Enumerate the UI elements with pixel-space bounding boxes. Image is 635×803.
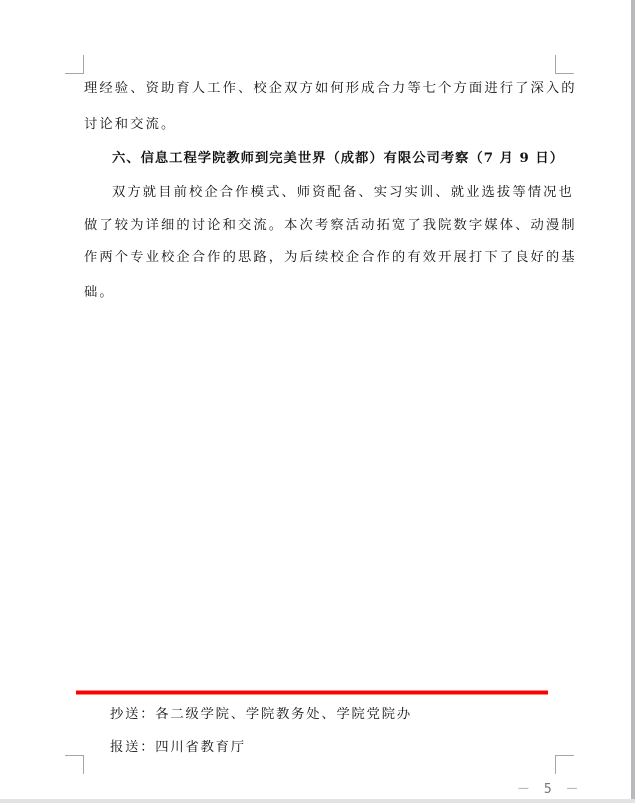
report-recipients: 报送：四川省教育厅 [110, 736, 246, 755]
body-text-line: 做了较为详细的讨论和交流。本次考察活动拓宽了我院数字媒体、动漫制 [84, 218, 577, 234]
page-number: － 5 － [517, 778, 581, 797]
body-text-line: 作两个专业校企合作的思路，为后续校企合作的有效开展打下了良好的基 [84, 250, 577, 266]
corner-mark-bottom-right [555, 755, 574, 774]
body-text-line: 双方就目前校企合作模式、师资配备、实习实训、就业选拔等情况也 [112, 185, 574, 201]
corner-mark-top-right [555, 55, 574, 74]
scrollbar-edge [631, 0, 635, 803]
document-page: 理经验、资助育人工作、校企双方如何形成合力等七个方面进行了深入的 讨论和交流。 … [0, 0, 631, 799]
section-heading: 六、信息工程学院教师到完美世界（成都）有限公司考察（7 月 9 日） [112, 151, 564, 167]
page-bottom-edge [0, 799, 635, 803]
corner-mark-top-left [65, 55, 84, 74]
body-text-line: 础。 [84, 285, 115, 301]
body-text-line: 讨论和交流。 [84, 117, 176, 133]
footer-red-rule [76, 690, 548, 695]
body-text-line: 理经验、资助育人工作、校企双方如何形成合力等七个方面进行了深入的 [84, 81, 577, 97]
corner-mark-bottom-left [65, 755, 84, 774]
cc-recipients: 抄送：各二级学院、学院教务处、学院党院办 [110, 703, 412, 722]
